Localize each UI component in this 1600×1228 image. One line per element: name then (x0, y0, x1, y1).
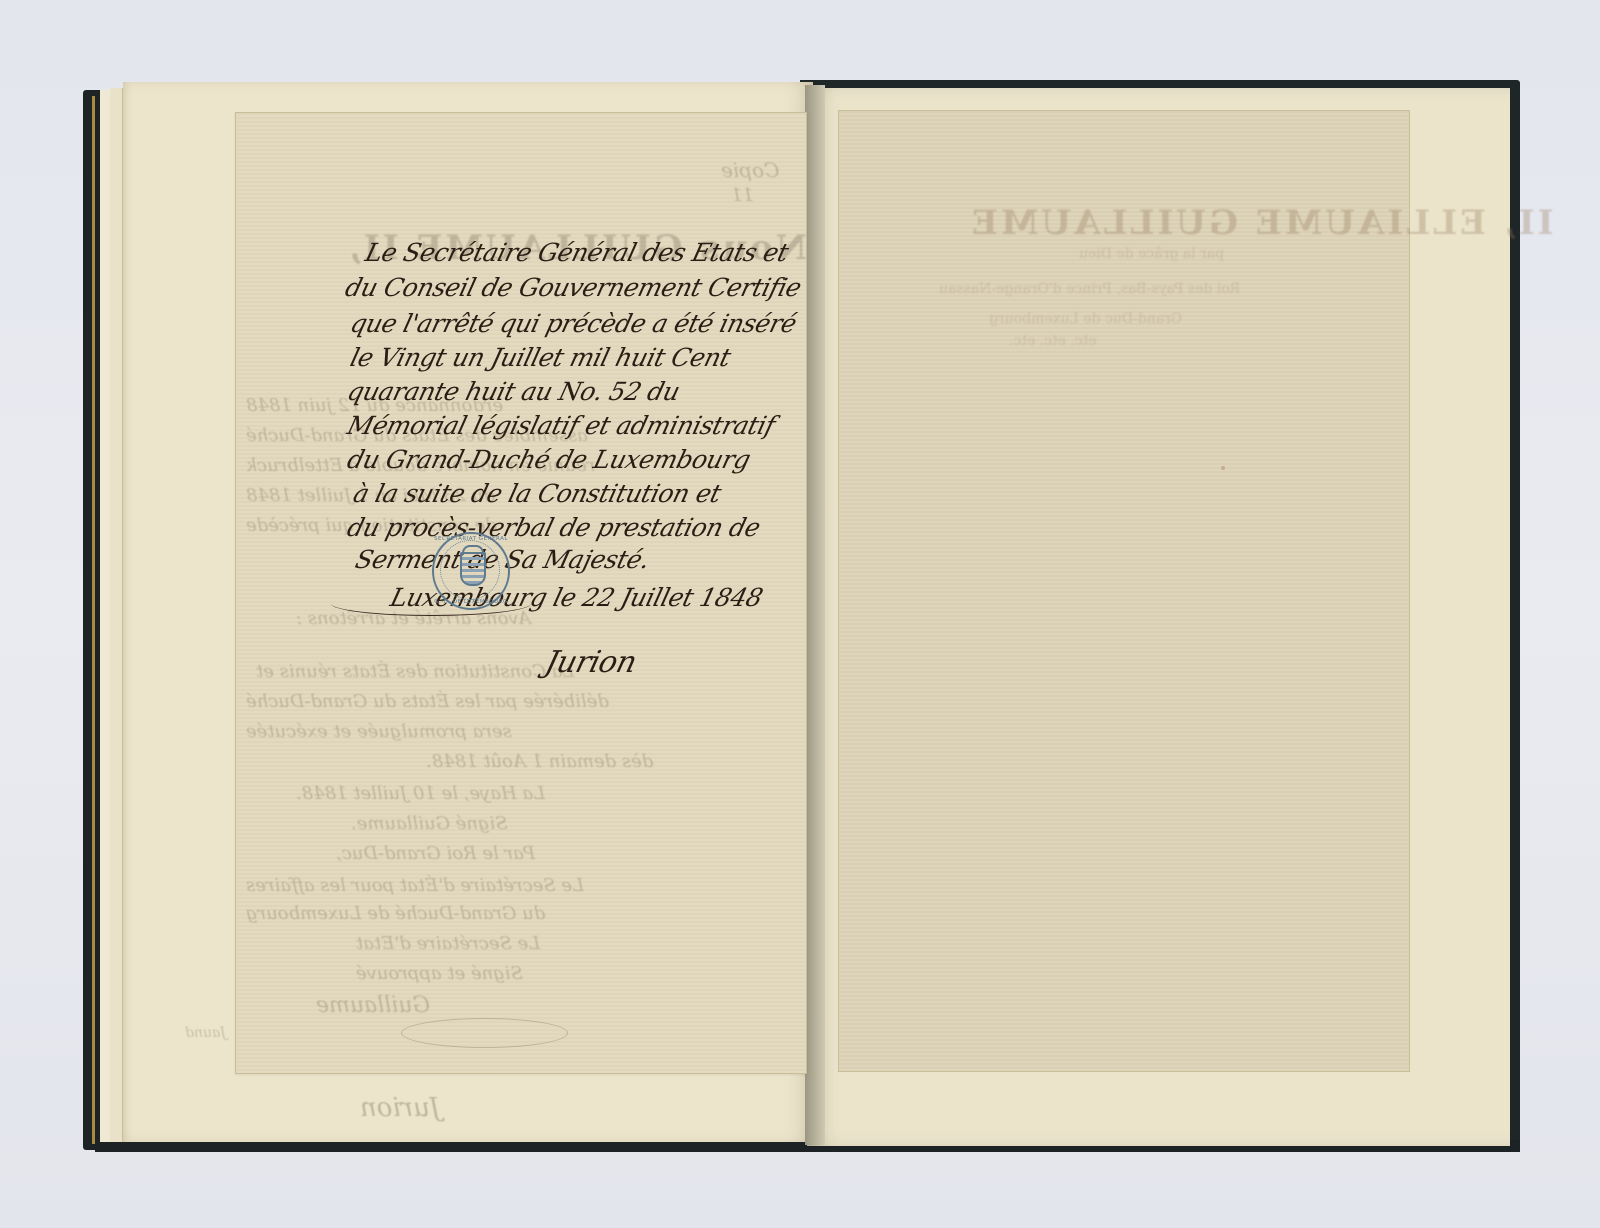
right-document-sheet: II, ELLIAUME GUILLAUME par la grâce de D… (838, 110, 1410, 1072)
bleed-through-line: sera promulguée et exécutée (246, 721, 512, 742)
handwritten-line: à la suite de la Constitution et (350, 479, 724, 508)
bleed-through-line: dès demain 1 Août 1848. (426, 751, 653, 772)
bleed-through-line: du Grand-Duché de Luxembourg (246, 903, 545, 924)
paper-spot (1221, 466, 1225, 470)
bleed-through-flourish (401, 1018, 568, 1048)
bleed-through-line: Signé Guillaume. (351, 813, 508, 834)
bleed-through-line: etc. etc. etc. (1009, 333, 1097, 349)
official-stamp: SECRETARIAT GENERAL G.-D. DE LUXEMBOURG (432, 532, 510, 610)
page-stack-edge (110, 88, 123, 1142)
signature: Jurion (542, 645, 640, 680)
stamp-text-bottom: G.-D. DE LUXEMBOURG (434, 599, 508, 605)
bleed-through-line: La Haye, le 10 Juillet 1848. (296, 783, 545, 804)
coat-of-arms-icon (460, 552, 486, 586)
handwritten-line: du Conseil de Gouvernement Certifie (342, 273, 804, 302)
handwritten-line: quarante huit au No. 52 du (344, 377, 682, 406)
corner-mark: 11 (731, 185, 754, 206)
book-gutter (805, 85, 825, 1145)
bleed-through-line: Par le Roi Grand-Duc, (336, 843, 535, 864)
bleed-through-line: Le Secrétaire d'État pour les affaires (246, 875, 584, 896)
handwritten-line: du Grand-Duché de Luxembourg (344, 445, 753, 474)
bleed-through-line: Roi des Pays-Bas, Prince d'Orange-Nassau (939, 281, 1240, 297)
bleed-through-line: Grand-Duc de Luxembourg (989, 311, 1182, 327)
bleed-through-signature: Guillaume (316, 993, 430, 1018)
corner-mark: Copie (721, 158, 779, 182)
bleed-through-line: par la grâce de Dieu (1079, 246, 1224, 262)
handwritten-line: Mémorial législatif et administratif (344, 411, 777, 440)
bleed-through-line: Le Secrétaire d'Etat (356, 933, 540, 954)
handwritten-line: que l'arrêté qui précède a été inséré (347, 309, 799, 338)
bleed-through-line: La Constitution des États réunis et (256, 661, 574, 682)
bleed-through-title: II, ELLIAUME GUILLAUME (969, 203, 1554, 243)
left-document-sheet: Copie 11 Nous GUILLAUME II, erdonnance d… (235, 112, 807, 1074)
bleed-through-line: Signé et approuvé (356, 963, 523, 984)
stamp-text-top: SECRETARIAT GENERAL (434, 536, 508, 542)
page-offset-mark: Jaund (185, 1025, 226, 1041)
handwritten-line: le Vingt un Juillet mil huit Cent (347, 343, 733, 372)
bleed-through-line: délibérée par les États du Grand-Duché (246, 691, 609, 712)
handwritten-line: du procès-verbal de prestation de (344, 513, 763, 542)
handwritten-line: Le Secrétaire Général des Etats et (362, 238, 791, 267)
offset-signature: Jurion (360, 1093, 440, 1123)
